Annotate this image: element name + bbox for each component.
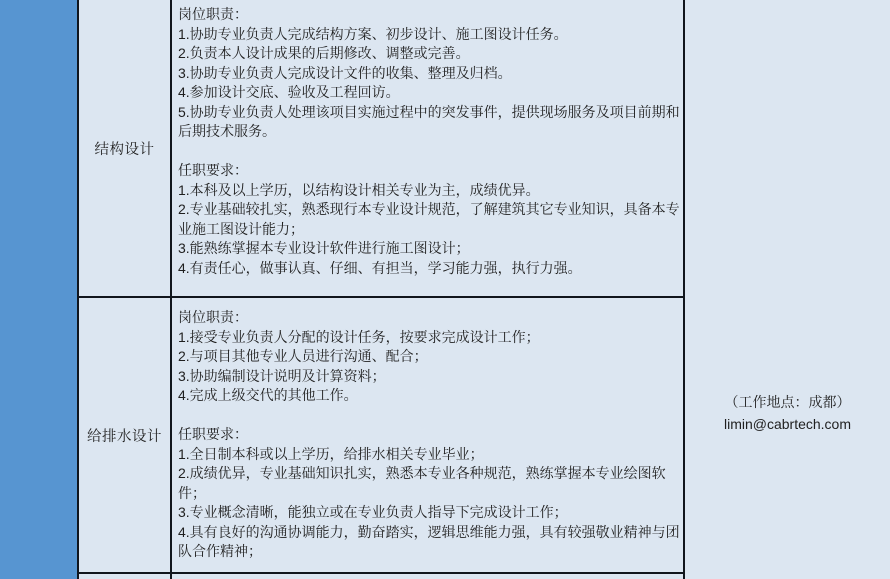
- requirement-item: 2.成绩优异，专业基础知识扎实，熟悉本专业各种规范，熟练掌握本专业绘图软件；: [178, 464, 680, 503]
- job-title-cell-plumbing-design: 给排水设计: [79, 298, 170, 572]
- job-title-label: 结构设计: [95, 138, 155, 159]
- gridline-horizontal-2: [79, 572, 683, 574]
- requirement-item: 1.全日制本科或以上学历，给排水相关专业毕业；: [178, 445, 680, 465]
- job-description-cell-structural-design: 岗位职责： 1.协助专业负责人完成结构方案、初步设计、施工图设计任务。 2.负责…: [172, 0, 683, 296]
- requirements-heading: 任职要求：: [178, 425, 680, 445]
- duty-item: 3.协助编制设计说明及计算资料；: [178, 367, 680, 387]
- duties-heading: 岗位职责：: [178, 308, 680, 328]
- duty-item: 5.协助专业负责人处理该项目实施过程中的突发事件，提供现场服务及项目前期和后期技…: [178, 103, 680, 142]
- duty-item: 3.协助专业负责人完成设计文件的收集、整理及归档。: [178, 64, 680, 84]
- requirement-item: 3.能熟练掌握本专业设计软件进行施工图设计；: [178, 239, 680, 259]
- requirements-heading: 任职要求：: [178, 161, 680, 181]
- job-title-cell-structural-design: 结构设计: [79, 0, 170, 296]
- blank-line: [178, 142, 680, 162]
- duty-item: 1.协助专业负责人完成结构方案、初步设计、施工图设计任务。: [178, 25, 680, 45]
- requirement-item: 1.本科及以上学历，以结构设计相关专业为主，成绩优异。: [178, 181, 680, 201]
- blank-line: [178, 406, 680, 426]
- duty-item: 2.负责本人设计成果的后期修改、调整或完善。: [178, 44, 680, 64]
- duty-item: 2.与项目其他专业人员进行沟通、配合；: [178, 347, 680, 367]
- requirement-item: 3.专业概念清晰，能独立或在专业负责人指导下完成设计工作；: [178, 503, 680, 523]
- contact-email-text: limin@cabrtech.com: [685, 414, 890, 436]
- duty-item: 4.参加设计交底、验收及工程回访。: [178, 83, 680, 103]
- job-description-cell-plumbing-design: 岗位职责： 1.接受专业负责人分配的设计任务，按要求完成设计工作； 2.与项目其…: [172, 298, 683, 572]
- gridline-vertical-3: [683, 0, 685, 579]
- duty-item: 1.接受专业负责人分配的设计任务，按要求完成设计工作；: [178, 328, 680, 348]
- requirement-item: 4.有责任心，做事认真、仔细、有担当，学习能力强，执行力强。: [178, 259, 680, 279]
- requirement-item: 4.具有良好的沟通协调能力，勤奋踏实，逻辑思维能力强，具有较强敬业精神与团队合作…: [178, 523, 680, 562]
- requirement-item: 2.专业基础较扎实，熟悉现行本专业设计规范，了解建筑其它专业知识，具备本专业施工…: [178, 200, 680, 239]
- work-location-text: （工作地点：成都）: [685, 392, 890, 414]
- duties-heading: 岗位职责：: [178, 5, 680, 25]
- duty-item: 4.完成上级交代的其他工作。: [178, 386, 680, 406]
- left-blue-column: [0, 0, 77, 579]
- job-title-label: 给排水设计: [87, 425, 162, 446]
- job-postings-table: 结构设计 岗位职责： 1.协助专业负责人完成结构方案、初步设计、施工图设计任务。…: [0, 0, 890, 579]
- contact-cell: （工作地点：成都） limin@cabrtech.com: [685, 392, 890, 435]
